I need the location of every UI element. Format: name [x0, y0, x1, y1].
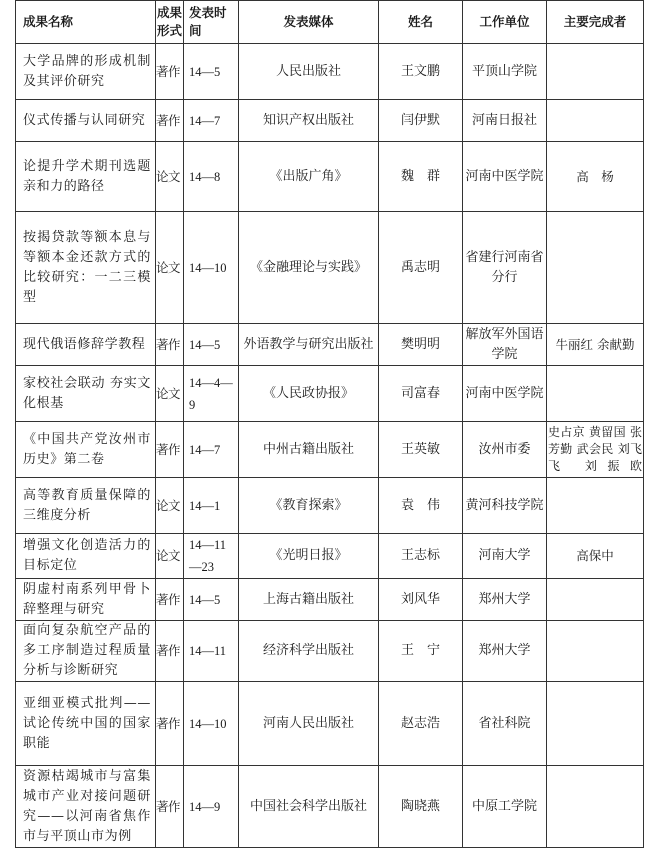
row-media: 《金融理论与实践》: [239, 212, 379, 324]
row-media: 《出版广角》: [239, 142, 379, 212]
row-name: 樊明明: [379, 324, 463, 366]
row-name: 赵志浩: [379, 682, 463, 766]
row-unit: 汝州市委: [463, 422, 547, 478]
row-collaborators: 牛丽红 余献勤: [547, 324, 644, 366]
row-unit: 平顶山学院: [463, 44, 547, 100]
row-media: 上海古籍出版社: [239, 579, 379, 621]
row-media: 知识产权出版社: [239, 100, 379, 142]
row-title: 家校社会联动 夯实文化根基: [16, 366, 156, 422]
row-collaborators: [547, 100, 644, 142]
row-unit: 郑州大学: [463, 621, 547, 682]
row-title: 按揭贷款等额本息与等额本金还款方式的比较研究：一二三模型: [16, 212, 156, 324]
row-date: 14—11—23: [184, 534, 239, 579]
table-row: 亚细亚模式批判——试论传统中国的国家职能著作14—10河南人民出版社赵志浩省社科…: [16, 682, 644, 766]
row-media: 中州古籍出版社: [239, 422, 379, 478]
header-media: 发表媒体: [239, 1, 379, 44]
row-form: 论文: [156, 366, 184, 422]
table-row: 增强文化创造活力的目标定位论文14—11—23《光明日报》王志标河南大学高保中: [16, 534, 644, 579]
row-title: 大学品牌的形成机制及其评价研究: [16, 44, 156, 100]
row-media: 人民出版社: [239, 44, 379, 100]
row-name: 魏 群: [379, 142, 463, 212]
row-name: 王志标: [379, 534, 463, 579]
row-form: 著作: [156, 100, 184, 142]
row-date: 14—7: [184, 422, 239, 478]
row-collaborators: [547, 621, 644, 682]
row-media: 经济科学出版社: [239, 621, 379, 682]
row-collaborators: [547, 579, 644, 621]
row-media: 《光明日报》: [239, 534, 379, 579]
table-row: 仪式传播与认同研究著作14—7知识产权出版社闫伊默河南日报社: [16, 100, 644, 142]
row-unit: 河南日报社: [463, 100, 547, 142]
row-form: 著作: [156, 766, 184, 848]
row-date: 14—5: [184, 44, 239, 100]
row-title: 亚细亚模式批判——试论传统中国的国家职能: [16, 682, 156, 766]
row-form: 论文: [156, 212, 184, 324]
table-row: 《中国共产党汝州市历史》第二卷著作14—7中州古籍出版社王英敏汝州市委史占京 黄…: [16, 422, 644, 478]
row-collaborators: [547, 682, 644, 766]
row-name: 王文鹏: [379, 44, 463, 100]
row-date: 14—10: [184, 682, 239, 766]
row-title: 仪式传播与认同研究: [16, 100, 156, 142]
row-unit: 郑州大学: [463, 579, 547, 621]
table-row: 资源枯竭城市与富集城市产业对接问题研究——以河南省焦作市与平顶山市为例著作14—…: [16, 766, 644, 848]
row-form: 著作: [156, 579, 184, 621]
row-collaborators: [547, 212, 644, 324]
row-unit: 省建行河南省分行: [463, 212, 547, 324]
row-form: 著作: [156, 682, 184, 766]
row-unit: 河南大学: [463, 534, 547, 579]
row-date: 14—5: [184, 579, 239, 621]
row-unit: 中原工学院: [463, 766, 547, 848]
header-title: 成果名称: [16, 1, 156, 44]
row-date: 14—10: [184, 212, 239, 324]
row-title: 《中国共产党汝州市历史》第二卷: [16, 422, 156, 478]
header-form: 成果形式: [156, 1, 184, 44]
row-media: 中国社会科学出版社: [239, 766, 379, 848]
row-media: 河南人民出版社: [239, 682, 379, 766]
row-title: 论提升学术期刊选题亲和力的路径: [16, 142, 156, 212]
row-unit: 河南中医学院: [463, 366, 547, 422]
header-name: 姓名: [379, 1, 463, 44]
row-name: 刘风华: [379, 579, 463, 621]
row-collaborators: 高 杨: [547, 142, 644, 212]
table-row: 家校社会联动 夯实文化根基论文14—4—9《人民政协报》司富春河南中医学院: [16, 366, 644, 422]
row-name: 禹志明: [379, 212, 463, 324]
row-name: 陶晓燕: [379, 766, 463, 848]
row-name: 王英敏: [379, 422, 463, 478]
table-row: 论提升学术期刊选题亲和力的路径论文14—8《出版广角》魏 群河南中医学院高 杨: [16, 142, 644, 212]
row-date: 14—4—9: [184, 366, 239, 422]
row-form: 著作: [156, 621, 184, 682]
header-collaborators: 主要完成者: [547, 1, 644, 44]
row-media: 《人民政协报》: [239, 366, 379, 422]
table-row: 高等教育质量保障的三维度分析论文14—1《教育探索》袁 伟黄河科技学院: [16, 478, 644, 534]
row-form: 论文: [156, 534, 184, 579]
row-date: 14—8: [184, 142, 239, 212]
header-unit: 工作单位: [463, 1, 547, 44]
row-unit: 河南中医学院: [463, 142, 547, 212]
row-date: 14—9: [184, 766, 239, 848]
table-header-row: 成果名称 成果形式 发表时间 发表媒体 姓名 工作单位 主要完成者: [16, 1, 644, 44]
table-row: 大学品牌的形成机制及其评价研究著作14—5人民出版社王文鹏平顶山学院: [16, 44, 644, 100]
row-date: 14—1: [184, 478, 239, 534]
row-collaborators: [547, 478, 644, 534]
row-collaborators: 史占京 黄留国 张芳勤 武会民 刘飞飞 刘振欧: [547, 422, 644, 478]
row-unit: 解放军外国语学院: [463, 324, 547, 366]
row-collaborators: [547, 766, 644, 848]
row-form: 著作: [156, 44, 184, 100]
row-title: 增强文化创造活力的目标定位: [16, 534, 156, 579]
row-collaborators: [547, 44, 644, 100]
table-row: 阴虚村南系列甲骨卜辞整理与研究著作14—5上海古籍出版社刘风华郑州大学: [16, 579, 644, 621]
table-row: 按揭贷款等额本息与等额本金还款方式的比较研究：一二三模型论文14—10《金融理论…: [16, 212, 644, 324]
row-date: 14—11: [184, 621, 239, 682]
row-form: 论文: [156, 478, 184, 534]
row-name: 袁 伟: [379, 478, 463, 534]
row-collaborators: [547, 366, 644, 422]
achievements-table: 成果名称 成果形式 发表时间 发表媒体 姓名 工作单位 主要完成者 大学品牌的形…: [15, 0, 644, 848]
row-name: 王 宁: [379, 621, 463, 682]
header-date: 发表时间: [184, 1, 239, 44]
row-unit: 黄河科技学院: [463, 478, 547, 534]
row-title: 资源枯竭城市与富集城市产业对接问题研究——以河南省焦作市与平顶山市为例: [16, 766, 156, 848]
table-row: 面向复杂航空产品的多工序制造过程质量分析与诊断研究著作14—11经济科学出版社王…: [16, 621, 644, 682]
row-form: 论文: [156, 142, 184, 212]
row-title: 阴虚村南系列甲骨卜辞整理与研究: [16, 579, 156, 621]
row-title: 面向复杂航空产品的多工序制造过程质量分析与诊断研究: [16, 621, 156, 682]
row-title: 高等教育质量保障的三维度分析: [16, 478, 156, 534]
table-row: 现代俄语修辞学教程著作14—5外语教学与研究出版社樊明明解放军外国语学院牛丽红 …: [16, 324, 644, 366]
row-form: 著作: [156, 422, 184, 478]
row-date: 14—5: [184, 324, 239, 366]
row-title: 现代俄语修辞学教程: [16, 324, 156, 366]
row-form: 著作: [156, 324, 184, 366]
row-name: 闫伊默: [379, 100, 463, 142]
row-date: 14—7: [184, 100, 239, 142]
row-collaborators: 高保中: [547, 534, 644, 579]
row-name: 司富春: [379, 366, 463, 422]
row-media: 外语教学与研究出版社: [239, 324, 379, 366]
row-unit: 省社科院: [463, 682, 547, 766]
row-media: 《教育探索》: [239, 478, 379, 534]
